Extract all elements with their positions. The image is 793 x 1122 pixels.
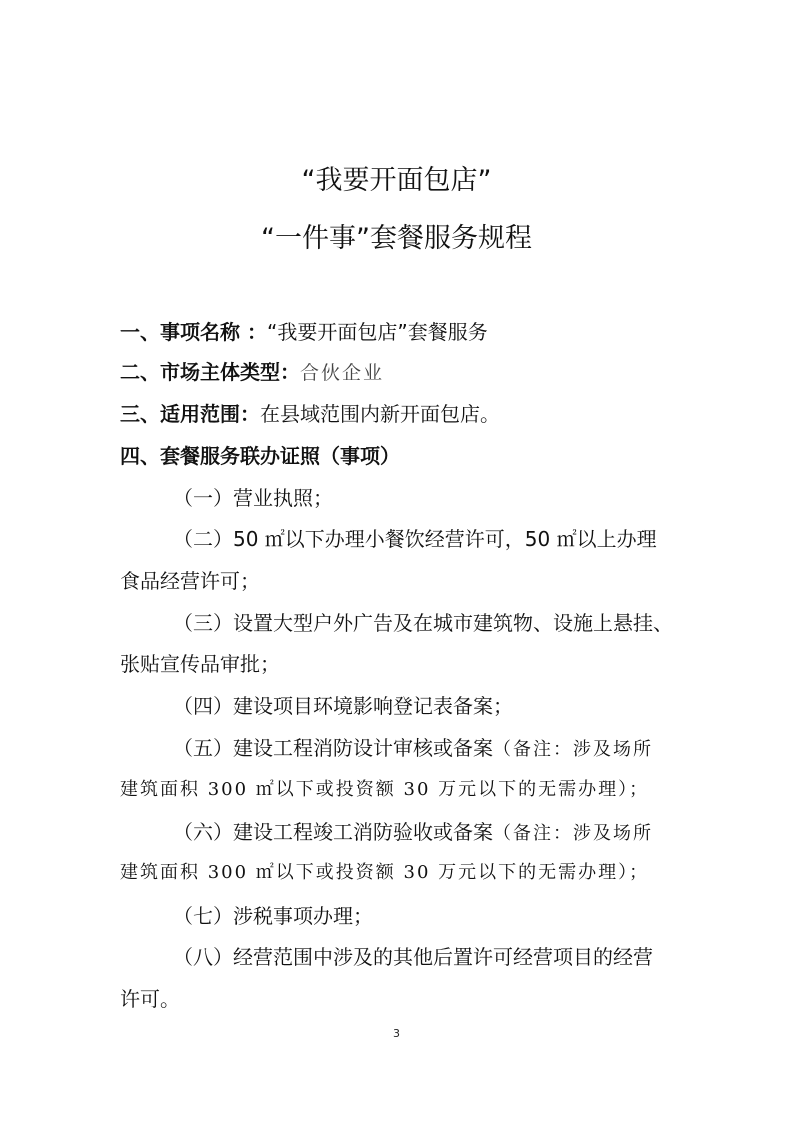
section-label: 三、适用范围： (120, 402, 260, 426)
section-label: 一、事项名称 ： (120, 320, 267, 344)
list-item-2: （二）50 ㎡以下办理小餐饮经营许可，50 ㎡以上办理 (173, 523, 657, 552)
section-label: 二、市场主体类型： (120, 360, 300, 384)
section-item-name: 一、事项名称 ：“我要开面包店”套餐服务 (120, 316, 488, 345)
list-item-3-cont: 张贴宣传品审批； (120, 648, 280, 677)
item-note: （备注：涉及场所 (493, 739, 653, 760)
list-item-6-cont: 建筑面积 300 ㎡以下或投资额 30 万元以下的无需办理）； (120, 858, 649, 884)
list-item-1: （一）营业执照； (173, 482, 333, 511)
item-note: （备注：涉及场所 (493, 823, 653, 844)
list-item-8: （八）经营范围中涉及的其他后置许可经营项目的经营 (173, 941, 653, 970)
list-item-2-cont: 食品经营许可； (120, 565, 260, 594)
page-number: 3 (0, 1027, 793, 1040)
section-value: 合伙企业 (300, 362, 384, 384)
list-item-4: （四）建设项目环境影响登记表备案； (173, 690, 513, 719)
item-text: （六）建设工程竣工消防验收或备案 (173, 820, 493, 844)
list-item-8-cont: 许可。 (120, 983, 180, 1012)
list-item-3: （三）设置大型户外广告及在城市建筑物、设施上悬挂、 (173, 607, 673, 636)
document-title-line1: “我要开面包店” (0, 158, 793, 197)
list-item-6: （六）建设工程竣工消防验收或备案（备注：涉及场所 (173, 816, 653, 845)
section-scope: 三、适用范围：在县域范围内新开面包店。 (120, 398, 500, 427)
list-item-7: （七）涉税事项办理； (173, 900, 373, 929)
section-value: “我要开面包店”套餐服务 (267, 320, 488, 344)
list-item-5-cont: 建筑面积 300 ㎡以下或投资额 30 万元以下的无需办理）； (120, 775, 649, 801)
section-services: 四、套餐服务联办证照（事项） (120, 440, 400, 469)
document-title-line2: “一件事”套餐服务规程 (0, 216, 793, 255)
section-entity-type: 二、市场主体类型：合伙企业 (120, 356, 384, 385)
item-text: （五）建设工程消防设计审核或备案 (173, 736, 493, 760)
list-item-5: （五）建设工程消防设计审核或备案（备注：涉及场所 (173, 732, 653, 761)
section-value: 在县域范围内新开面包店。 (260, 402, 500, 426)
